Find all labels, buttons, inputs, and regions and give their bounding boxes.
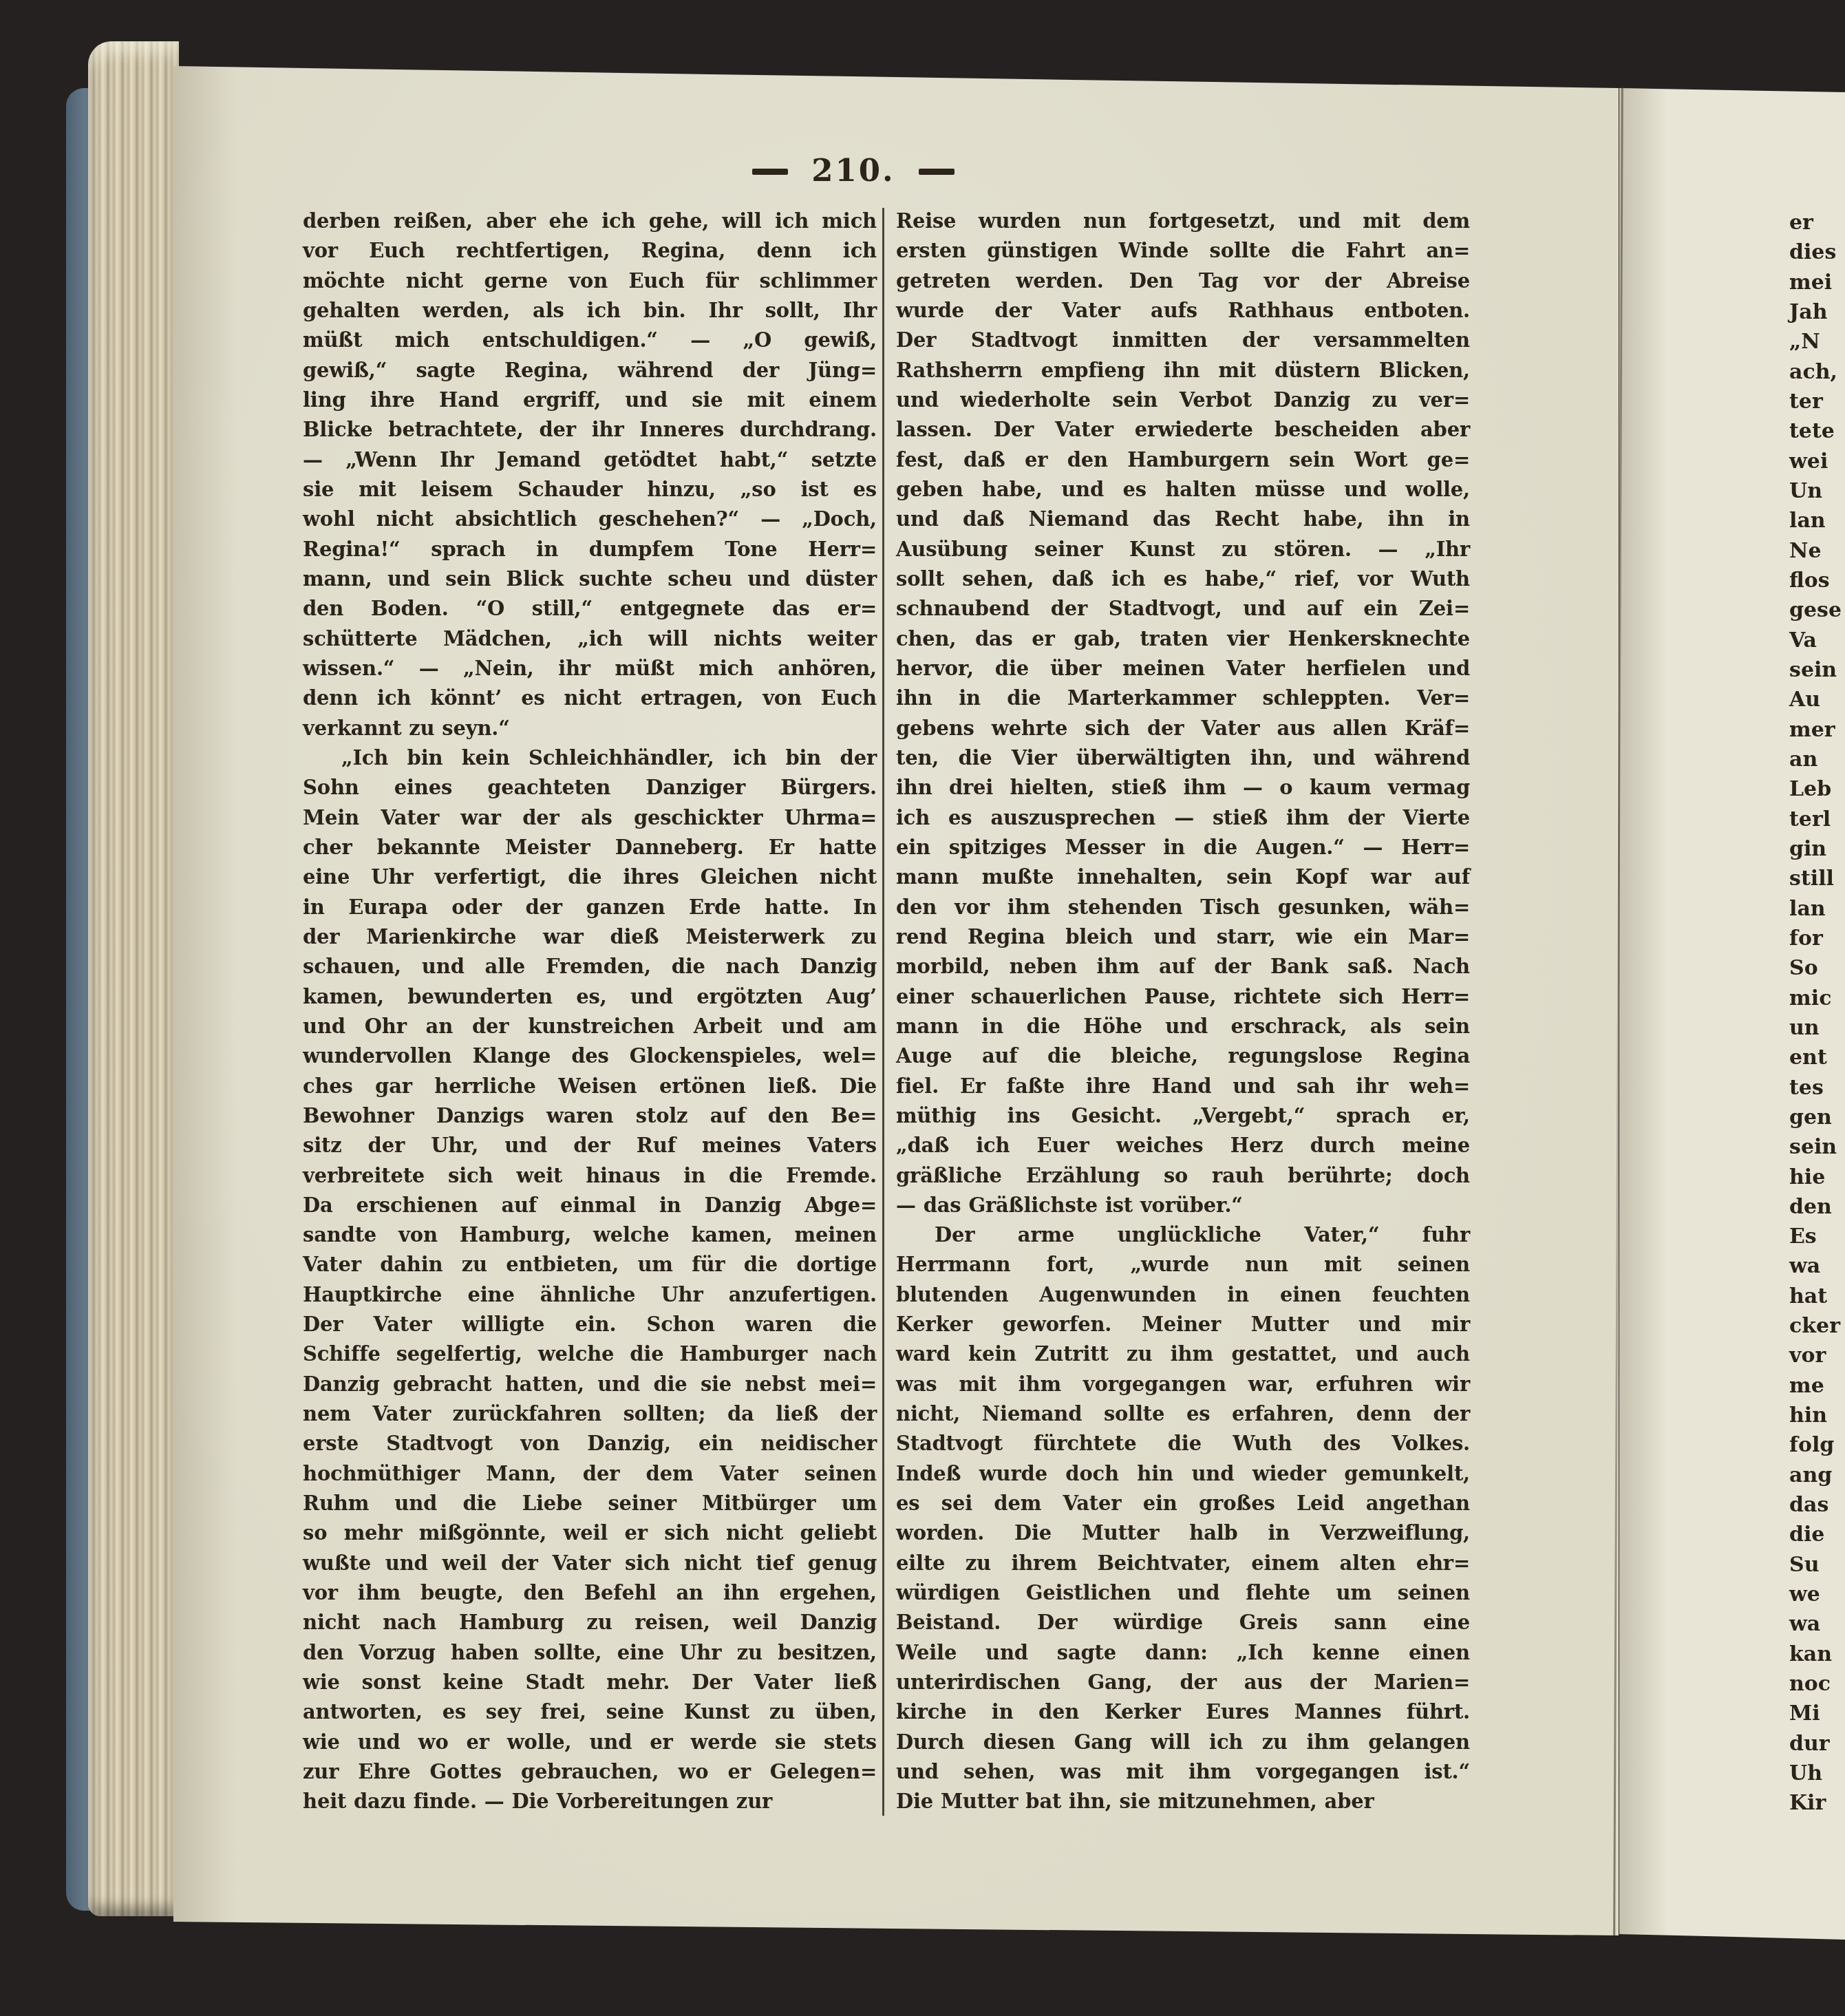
- text-line: wundervollen Klange des Glockenspieles, …: [303, 1041, 877, 1071]
- text-line: hin: [1789, 1401, 1845, 1430]
- text-line: Reise wurden nun fortgesetzt, und mit de…: [896, 206, 1470, 236]
- text-line: wie sonst keine Stadt mehr. Der Vater li…: [303, 1668, 877, 1697]
- text-line: mic: [1789, 984, 1845, 1013]
- text-line: hat: [1789, 1282, 1845, 1311]
- text-line: Indeß wurde doch hin und wieder gemunkel…: [896, 1459, 1470, 1489]
- text-line: derben reißen, aber ehe ich gehe, will i…: [303, 206, 877, 236]
- text-line: Regina!“ sprach in dumpfem Tone Herr=: [303, 535, 877, 564]
- text-line: gebens wehrte sich der Vater aus allen K…: [896, 714, 1470, 743]
- text-line: und daß Niemand das Recht habe, ihn in: [896, 505, 1470, 534]
- text-line: verbreitete sich weit hinaus in die Frem…: [303, 1161, 877, 1191]
- text-line: gese: [1789, 595, 1845, 625]
- text-line: „daß ich Euer weiches Herz durch meine: [896, 1131, 1470, 1160]
- text-line: Der Vater willigte ein. Schon waren die: [303, 1310, 877, 1339]
- text-line: fiel. Er faßte ihre Hand und sah ihr weh…: [896, 1072, 1470, 1101]
- text-line: schnaubend der Stadtvogt, und auf ein Ze…: [896, 594, 1470, 624]
- text-line: Mi: [1789, 1699, 1845, 1728]
- text-line: „Ich bin kein Schleichhändler, ich bin d…: [303, 743, 877, 773]
- text-line: denn ich könnt’ es nicht ertragen, von E…: [303, 683, 877, 713]
- right-text-column: Reise wurden nun fortgesetzt, und mit de…: [896, 206, 1470, 1817]
- text-line: ihn in die Marterkammer schleppten. Ver=: [896, 683, 1470, 713]
- text-line: mei: [1789, 268, 1845, 297]
- text-line: Kerker geworfen. Meiner Mutter und mir: [896, 1310, 1470, 1339]
- text-line: schütterte Mädchen, „ich will nichts wei…: [303, 624, 877, 654]
- text-line: müthig ins Gesicht. „Vergebt,“ sprach er…: [896, 1101, 1470, 1131]
- text-line: gen: [1789, 1103, 1845, 1132]
- page-number: 210.: [811, 155, 895, 186]
- text-line: lassen. Der Vater erwiederte bescheiden …: [896, 415, 1470, 445]
- text-line: wurde der Vater aufs Rathhaus entboten.: [896, 296, 1470, 326]
- text-line: ent: [1789, 1043, 1845, 1072]
- text-line: vor: [1789, 1341, 1845, 1370]
- text-line: ten, die Vier überwältigten ihn, und wäh…: [896, 743, 1470, 773]
- text-line: Weile und sagte dann: „Ich kenne einen: [896, 1638, 1470, 1668]
- text-line: gewiß,“ sagte Regina, während der Jüng=: [303, 356, 877, 385]
- text-line: Da erschienen auf einmal in Danzig Abge=: [303, 1191, 877, 1220]
- text-line: gehalten werden, als ich bin. Ihr sollt,…: [303, 296, 877, 326]
- text-line: erste Stadtvogt von Danzig, ein neidisch…: [303, 1429, 877, 1458]
- text-line: nem Vater zurückfahren sollten; da ließ …: [303, 1399, 877, 1429]
- text-line: und sehen, was mit ihm vorgegangen ist.“: [896, 1757, 1470, 1787]
- text-line: — das Gräßlichste ist vorüber.“: [896, 1191, 1470, 1220]
- text-line: chen, das er gab, traten vier Henkerskne…: [896, 624, 1470, 654]
- text-line: lan: [1789, 506, 1845, 535]
- text-line: ein spitziges Messer in die Augen.“ — He…: [896, 833, 1470, 862]
- text-line: Hauptkirche eine ähnliche Uhr anzufertig…: [303, 1280, 877, 1310]
- text-line: Die Mutter bat ihn, sie mitzunehmen, abe…: [896, 1787, 1470, 1816]
- text-line: Blicke betrachtete, der ihr Inneres durc…: [303, 415, 877, 445]
- text-line: Rathsherrn empfieng ihn mit düstern Blic…: [896, 356, 1470, 385]
- text-line: mann in die Höhe und erschrack, als sein: [896, 1012, 1470, 1041]
- text-line: den vor ihm stehenden Tisch gesunken, wä…: [896, 893, 1470, 922]
- text-line: an: [1789, 745, 1845, 774]
- text-line: so mehr mißgönnte, weil er sich nicht ge…: [303, 1518, 877, 1548]
- text-line: sein: [1789, 1132, 1845, 1162]
- text-line: vor ihm beugte, den Befehl an ihn ergehe…: [303, 1578, 877, 1608]
- page-edge-stack: [88, 41, 179, 1916]
- text-line: in Eurapa oder der ganzen Erde hatte. In: [303, 893, 877, 922]
- text-line: ward kein Zutritt zu ihm gestattet, und …: [896, 1339, 1470, 1369]
- text-line: den: [1789, 1192, 1845, 1222]
- text-line: die: [1789, 1520, 1845, 1549]
- text-line: ach,: [1789, 357, 1845, 387]
- text-line: Jah: [1789, 297, 1845, 327]
- text-line: Bewohner Danzigs waren stolz auf den Be=: [303, 1101, 877, 1131]
- text-line: Danzig gebracht hatten, und die sie nebs…: [303, 1370, 877, 1399]
- text-line: wie und wo er wolle, und er werde sie st…: [303, 1728, 877, 1757]
- text-line: sie mit leisem Schauder hinzu, „so ist e…: [303, 475, 877, 505]
- text-line: Der Stadtvogt inmitten der versammelten: [896, 326, 1470, 355]
- text-line: Auge auf die bleiche, regungslose Regina: [896, 1041, 1470, 1071]
- text-line: still: [1789, 864, 1845, 893]
- text-line: hochmüthiger Mann, der dem Vater seinen: [303, 1459, 877, 1489]
- text-line: wußte und weil der Vater sich nicht tief…: [303, 1549, 877, 1578]
- text-line: den Vorzug haben sollte, eine Uhr zu bes…: [303, 1638, 877, 1668]
- text-line: und Ohr an der kunstreichen Arbeit und a…: [303, 1012, 877, 1041]
- text-line: Vater dahin zu entbieten, um für die dor…: [303, 1250, 877, 1280]
- text-line: nicht, Niemand sollte es erfahren, denn …: [896, 1399, 1470, 1429]
- text-line: sein: [1789, 655, 1845, 685]
- text-line: noc: [1789, 1669, 1845, 1699]
- text-line: lan: [1789, 894, 1845, 924]
- text-line: kamen, bewunderten es, und ergötzten Aug…: [303, 982, 877, 1012]
- text-line: Der arme unglückliche Vater,“ fuhr: [896, 1220, 1470, 1250]
- text-line: kan: [1789, 1640, 1845, 1669]
- text-line: worden. Die Mutter halb in Verzweiflung,: [896, 1518, 1470, 1548]
- text-line: terl: [1789, 805, 1845, 834]
- text-line: cker: [1789, 1311, 1845, 1341]
- text-line: morbild, neben ihm auf der Bank saß. Nac…: [896, 952, 1470, 982]
- header-dash-left: [752, 169, 788, 175]
- text-line: was mit ihm vorgegangen war, erfuhren wi…: [896, 1370, 1470, 1399]
- text-line: hervor, die über meinen Vater herfielen …: [896, 654, 1470, 683]
- text-line: „N: [1789, 327, 1845, 357]
- text-line: möchte nicht gerne von Euch für schlimme…: [303, 266, 877, 296]
- text-line: nicht nach Hamburg zu reisen, weil Danzi…: [303, 1608, 877, 1637]
- text-line: Mein Vater war der als geschickter Uhrma…: [303, 803, 877, 833]
- text-line: den Boden. “O still,“ entgegnete das er=: [303, 594, 877, 624]
- text-line: Beistand. Der würdige Greis sann eine: [896, 1608, 1470, 1637]
- text-line: kirche in den Kerker Eures Mannes führt.: [896, 1697, 1470, 1727]
- text-line: antworten, es sey frei, seine Kunst zu ü…: [303, 1697, 877, 1727]
- text-line: Au: [1789, 685, 1845, 714]
- text-line: me: [1789, 1371, 1845, 1401]
- text-line: würdigen Geistlichen und flehte um seine…: [896, 1578, 1470, 1608]
- text-line: dur: [1789, 1729, 1845, 1759]
- text-line: Ruhm und die Liebe seiner Mitbürger um: [303, 1489, 877, 1518]
- text-line: wei: [1789, 447, 1845, 476]
- column-divider-rule: [882, 208, 884, 1816]
- text-line: ling ihre Hand ergriff, und sie mit eine…: [303, 385, 877, 415]
- text-line: Leb: [1789, 774, 1845, 804]
- text-line: Kir: [1789, 1788, 1845, 1818]
- next-page-text-fragments: erdiesmeiJah„Nach,terteteweiUnlanNeflosg…: [1789, 208, 1845, 1818]
- text-line: rend Regina bleich und starr, wie ein Ma…: [896, 922, 1470, 952]
- text-line: mer: [1789, 715, 1845, 745]
- text-line: blutenden Augenwunden in einen feuchten: [896, 1280, 1470, 1310]
- text-line: müßt mich entschuldigen.“ — „O gewiß,: [303, 326, 877, 355]
- text-line: mann, und sein Blick suchte scheu und dü…: [303, 564, 877, 594]
- text-line: wohl nicht absichtlich geschehen?“ — „Do…: [303, 505, 877, 534]
- text-line: for: [1789, 924, 1845, 953]
- text-line: einer schauerlichen Pause, richtete sich…: [896, 982, 1470, 1012]
- text-line: Herrmann fort, „wurde nun mit seinen: [896, 1250, 1470, 1280]
- text-line: der Marienkirche war dieß Meisterwerk zu: [303, 922, 877, 952]
- text-line: ihn drei hielten, stieß ihm — o kaum ver…: [896, 773, 1470, 803]
- text-line: sandte von Hamburg, welche kamen, meinen: [303, 1220, 877, 1250]
- text-line: Durch diesen Gang will ich zu ihm gelang…: [896, 1728, 1470, 1757]
- text-line: So: [1789, 953, 1845, 983]
- text-line: er: [1789, 208, 1845, 237]
- text-line: un: [1789, 1013, 1845, 1043]
- text-line: tete: [1789, 416, 1845, 446]
- text-line: Stadtvogt fürchtete die Wuth des Volkes.: [896, 1429, 1470, 1458]
- text-line: das: [1789, 1490, 1845, 1520]
- text-line: wa: [1789, 1251, 1845, 1281]
- text-line: unterirdischen Gang, der aus der Marien=: [896, 1668, 1470, 1697]
- text-line: ches gar herrliche Weisen ertönen ließ. …: [303, 1072, 877, 1101]
- text-line: schauen, und alle Fremden, die nach Danz…: [303, 952, 877, 982]
- text-line: Ne: [1789, 536, 1845, 566]
- text-line: Su: [1789, 1550, 1845, 1580]
- text-line: ter: [1789, 387, 1845, 416]
- text-line: Un: [1789, 476, 1845, 506]
- text-line: flos: [1789, 566, 1845, 595]
- text-line: — „Wenn Ihr Jemand getödtet habt,“ setzt…: [303, 445, 877, 475]
- text-line: geben habe, und es halten müsse und woll…: [896, 475, 1470, 505]
- text-line: heit dazu finde. — Die Vorbereitungen zu…: [303, 1787, 877, 1816]
- text-line: Uh: [1789, 1759, 1845, 1788]
- text-line: eine Uhr verfertigt, die ihres Gleichen …: [303, 862, 877, 892]
- text-line: cher bekannte Meister Danneberg. Er hatt…: [303, 833, 877, 862]
- text-line: ich es auszusprechen — stieß ihm der Vie…: [896, 803, 1470, 833]
- text-line: und wiederholte sein Verbot Danzig zu ve…: [896, 385, 1470, 415]
- text-line: Es: [1789, 1222, 1845, 1251]
- text-line: hie: [1789, 1163, 1845, 1192]
- text-line: mann mußte innehalten, sein Kopf war auf: [896, 862, 1470, 892]
- page-header: 210.: [723, 150, 984, 193]
- text-line: tes: [1789, 1073, 1845, 1103]
- text-line: verkannt zu seyn.“: [303, 714, 877, 743]
- text-line: Ausübung seiner Kunst zu stören. — „Ihr: [896, 535, 1470, 564]
- text-line: we: [1789, 1580, 1845, 1609]
- left-text-column: derben reißen, aber ehe ich gehe, will i…: [303, 206, 877, 1817]
- text-line: ersten günstigen Winde sollte die Fahrt …: [896, 236, 1470, 266]
- text-line: ang: [1789, 1461, 1845, 1490]
- text-line: gin: [1789, 834, 1845, 864]
- header-dash-right: [919, 169, 955, 175]
- text-line: eilte zu ihrem Beichtvater, einem alten …: [896, 1549, 1470, 1578]
- text-line: dies: [1789, 237, 1845, 267]
- text-line: getreten werden. Den Tag vor der Abreise: [896, 266, 1470, 296]
- text-line: wissen.“ — „Nein, ihr müßt mich anhören,: [303, 654, 877, 683]
- text-line: sollt sehen, daß ich es habe,“ rief, vor…: [896, 564, 1470, 594]
- text-line: vor Euch rechtfertigen, Regina, denn ich: [303, 236, 877, 266]
- text-line: wa: [1789, 1609, 1845, 1639]
- text-line: fest, daß er den Hamburgern sein Wort ge…: [896, 445, 1470, 475]
- text-line: es sei dem Vater ein großes Leid angetha…: [896, 1489, 1470, 1518]
- text-line: Sohn eines geachteten Danziger Bürgers.: [303, 773, 877, 803]
- text-line: zur Ehre Gottes gebrauchen, wo er Gelege…: [303, 1757, 877, 1787]
- text-line: Va: [1789, 626, 1845, 655]
- text-line: gräßliche Erzählung so rauh berührte; do…: [896, 1161, 1470, 1191]
- text-line: sitz der Uhr, und der Ruf meines Vaters: [303, 1131, 877, 1160]
- text-line: Schiffe segelfertig, welche die Hamburge…: [303, 1339, 877, 1369]
- text-line: folg: [1789, 1430, 1845, 1460]
